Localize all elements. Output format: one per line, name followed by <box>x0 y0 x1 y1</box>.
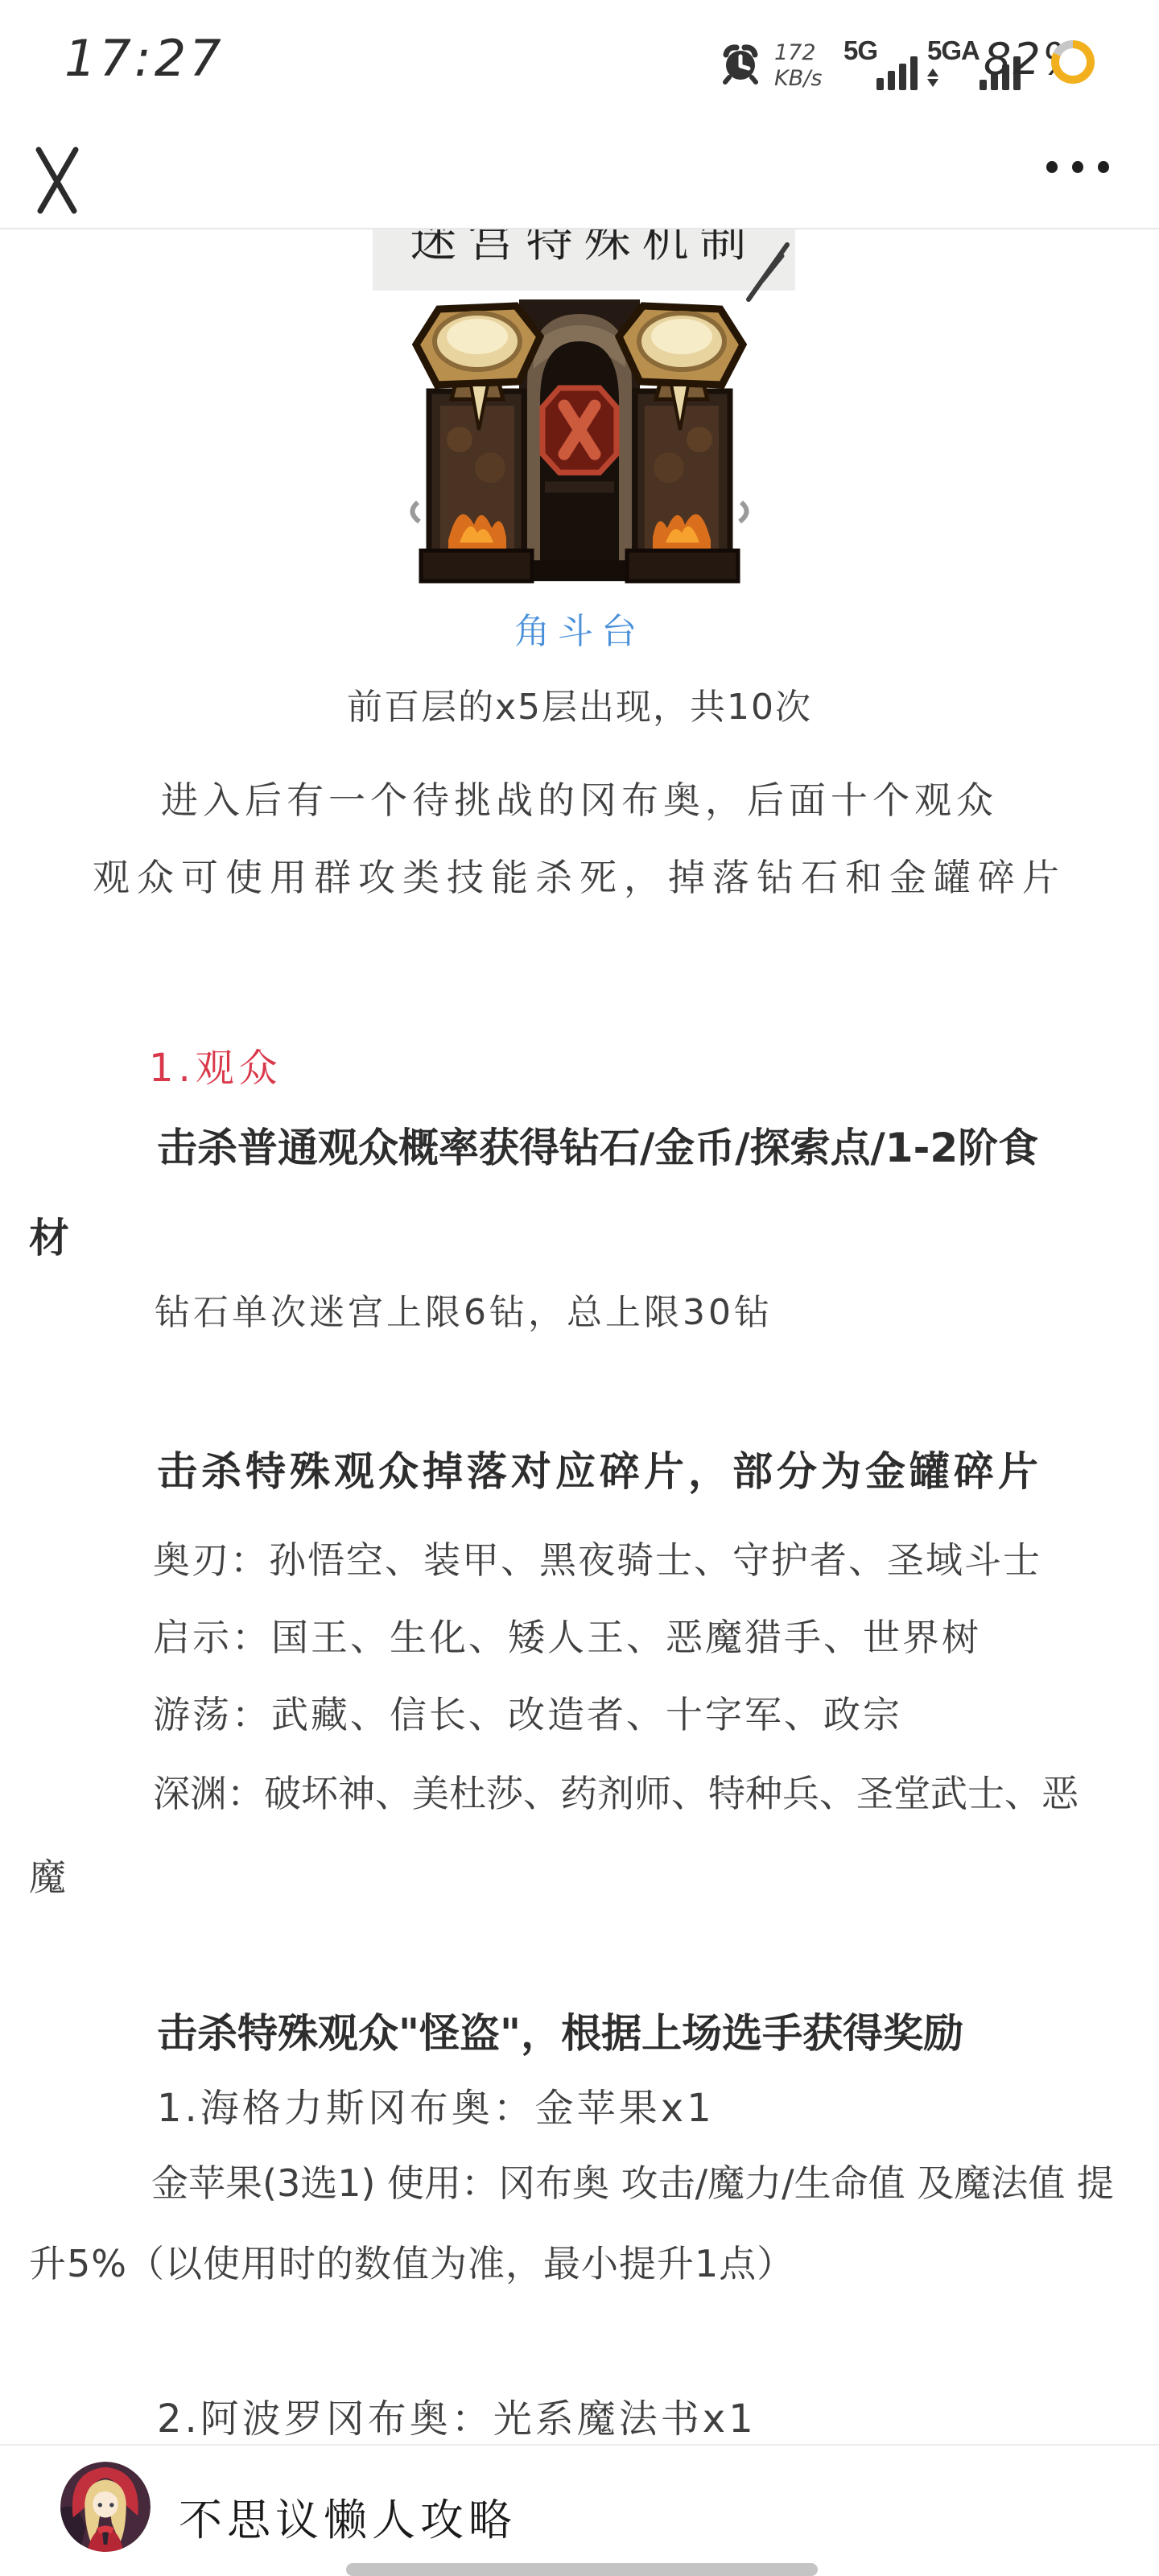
alarm-icon <box>721 43 760 89</box>
battery-ring-icon <box>1051 40 1095 84</box>
account-avatar <box>60 2462 151 2552</box>
account-bar[interactable]: 不思议懒人攻略 <box>0 2446 1159 2576</box>
account-name: 不思议懒人攻略 <box>179 2486 517 2548</box>
section-title-box: 迷宫特殊机制 <box>373 229 795 291</box>
bottom-scrollbar[interactable] <box>346 2563 818 2576</box>
drop-line-shenyuan-wrap: 魔 <box>29 1848 66 1901</box>
paragraph-diamond-cap: 钻石单次迷宫上限6钻，总上限30钻 <box>155 1283 773 1335</box>
close-icon[interactable] <box>24 143 92 217</box>
signal-5g-bars-icon <box>876 56 918 90</box>
network-speed-value: 172 <box>774 40 822 66</box>
reward-line-hercules: 1.海格力斯冈布奥：金苹果x1 <box>157 2077 715 2132</box>
section-title-text: 迷宫特殊机制 <box>410 229 757 270</box>
reward-line-apollo: 2.阿波罗冈布奥：光系魔法书x1 <box>157 2388 757 2443</box>
updown-arrows-icon <box>927 68 938 87</box>
network-speed: 172 KB/s <box>774 40 822 93</box>
paragraph-phantom-thief: 击杀特殊观众"怪盗"，根据上场选手获得奖励 <box>157 2001 963 2059</box>
image-caption: 角斗台 <box>0 602 1159 654</box>
drop-line-shenyuan: 深渊：破坏神、美杜莎、药剂师、特种兵、圣堂武士、恶 <box>153 1765 1079 1818</box>
paragraph-normal-audience-line2: 材 <box>29 1206 69 1264</box>
paragraph-special-audience: 击杀特殊观众掉落对应碎片，部分为金罐碎片 <box>157 1439 1042 1497</box>
reward-note-line1: 金苹果(3选1) 使用：冈布奥 攻击/魔力/生命值 及魔法值 提 <box>151 2154 1114 2207</box>
signal-5ga-label: 5GA <box>927 35 980 66</box>
signal-5g: 5G <box>843 35 918 90</box>
paragraph-normal-audience-line1: 击杀普通观众概率获得钻石/金币/探索点/1-2阶食 <box>157 1116 1038 1174</box>
network-speed-unit: KB/s <box>774 66 822 92</box>
intro-line-2: 进入后有一个待挑战的冈布奥，后面十个观众 <box>0 771 1159 824</box>
more-options-icon[interactable] <box>1046 161 1109 173</box>
section-heading-audience: 1.观众 <box>149 1037 283 1092</box>
intro-line-1: 前百层的x5层出现，共10次 <box>0 678 1159 729</box>
drop-line-qishi: 启示：国王、生化、矮人王、恶魔猎手、世界树 <box>153 1608 981 1662</box>
drop-line-youdang: 游荡：武藏、信长、改造者、十字军、政宗 <box>153 1686 902 1739</box>
status-time: 17:27 <box>64 29 225 88</box>
signal-5g-label: 5G <box>843 35 877 66</box>
intro-line-3: 观众可使用群攻类技能杀死，掉落钻石和金罐碎片 <box>0 848 1159 902</box>
drop-line-aoren: 奥刃：孙悟空、装甲、黑夜骑士、守护者、圣域斗士 <box>153 1531 1041 1584</box>
arena-image <box>406 295 753 586</box>
reward-note-line2: 升5%（以使用时的数值为准，最小提升1点） <box>29 2235 794 2288</box>
